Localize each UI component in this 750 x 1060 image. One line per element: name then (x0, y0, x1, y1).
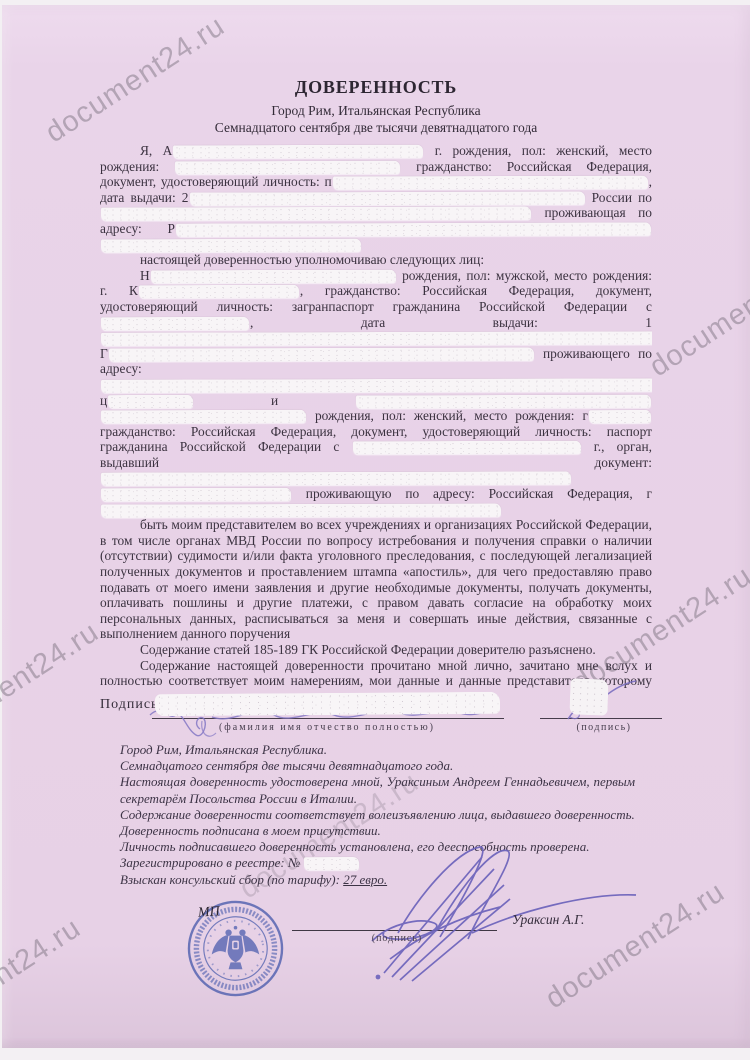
redaction-blob-signature-name (155, 692, 500, 716)
paragraph: Город Рим, Итальянская Республика. (120, 742, 635, 758)
official-signature-line (292, 907, 497, 931)
paragraph: Личность подписавшего доверенность устан… (120, 839, 635, 855)
official-signature-caption: (подпись) (332, 933, 462, 944)
double-headed-eagle-emblem (212, 926, 260, 969)
paragraph: Зарегистрировано в реестре: № (120, 855, 635, 871)
redaction-blob (101, 503, 501, 517)
paragraph: настоящей доверенностью уполномочиваю сл… (100, 252, 652, 268)
paragraph: Содержание статей 185-189 ГК Российской … (100, 642, 652, 658)
redaction-blob (151, 269, 396, 283)
document-title: ДОВЕРЕННОСТЬ (100, 77, 652, 98)
redaction-blob-signature (569, 678, 608, 715)
redaction-blob (101, 316, 249, 329)
paragraph: быть моим представителем во всех учрежде… (100, 517, 652, 642)
watermark: document24.ru (0, 616, 105, 756)
document-page: document24.ru document24.ru document24.r… (2, 5, 750, 1048)
redaction-blob (101, 331, 652, 345)
redaction-blob (109, 347, 534, 361)
paragraph: Н рождения, пол: мужской, место рождения… (100, 268, 652, 518)
signature-sign-caption: (подпись) (554, 722, 654, 733)
consular-certification-block: Город Рим, Итальянская Республика.Семнад… (120, 742, 635, 888)
redaction-blob (175, 160, 400, 174)
paragraph: Семнадцатого сентября две тысячи девятна… (120, 758, 635, 774)
date-line: Семнадцатого сентября две тысячи девятна… (100, 120, 652, 136)
redaction-blob (101, 472, 571, 486)
scanned-document-page: { "watermark": { "text": "document24.ru"… (0, 0, 750, 1060)
watermark: document24.ru (540, 876, 731, 1016)
redaction-blob (101, 238, 361, 252)
paragraph: Доверенность подписана в моем присутстви… (120, 823, 635, 839)
watermark: document24.ru (0, 912, 87, 1052)
paragraph: Настоящая доверенность удостоверена мной… (120, 774, 635, 806)
official-name: Ураксин А.Г. (512, 912, 584, 928)
place-line: Город Рим, Итальянская Республика (100, 103, 652, 119)
paragraph: Содержание настоящей доверенности прочит… (100, 658, 652, 691)
watermark: document24.ru (644, 244, 750, 384)
redaction-blob (101, 410, 306, 424)
redaction-blob (589, 410, 651, 423)
redaction-blob (176, 222, 651, 236)
underlined-value: 27 евро. (343, 872, 387, 887)
redaction-blob (356, 394, 651, 408)
redaction-blob (173, 145, 423, 159)
mp-stamp-placeholder-label: МП (197, 904, 220, 921)
redaction-blob (353, 441, 581, 455)
signature-name-caption: (фамилия имя отчество полностью) (162, 722, 492, 733)
paragraph: Содержание доверенности соответствует во… (120, 807, 635, 823)
paragraph: Я, А г. рождения, пол: женский, место ро… (100, 143, 652, 252)
document-body: Я, А г. рождения, пол: женский, место ро… (100, 143, 652, 691)
paragraph: Взыскан консульский сбор (по тарифу): 27… (120, 872, 635, 888)
redaction-blob (101, 378, 652, 392)
redaction-blob (304, 857, 359, 870)
redaction-blob (101, 488, 291, 501)
redaction-blob (333, 176, 648, 190)
redaction-blob (108, 394, 193, 407)
redaction-blob (139, 285, 299, 298)
redaction-blob (189, 191, 584, 205)
redaction-blob (101, 207, 531, 221)
